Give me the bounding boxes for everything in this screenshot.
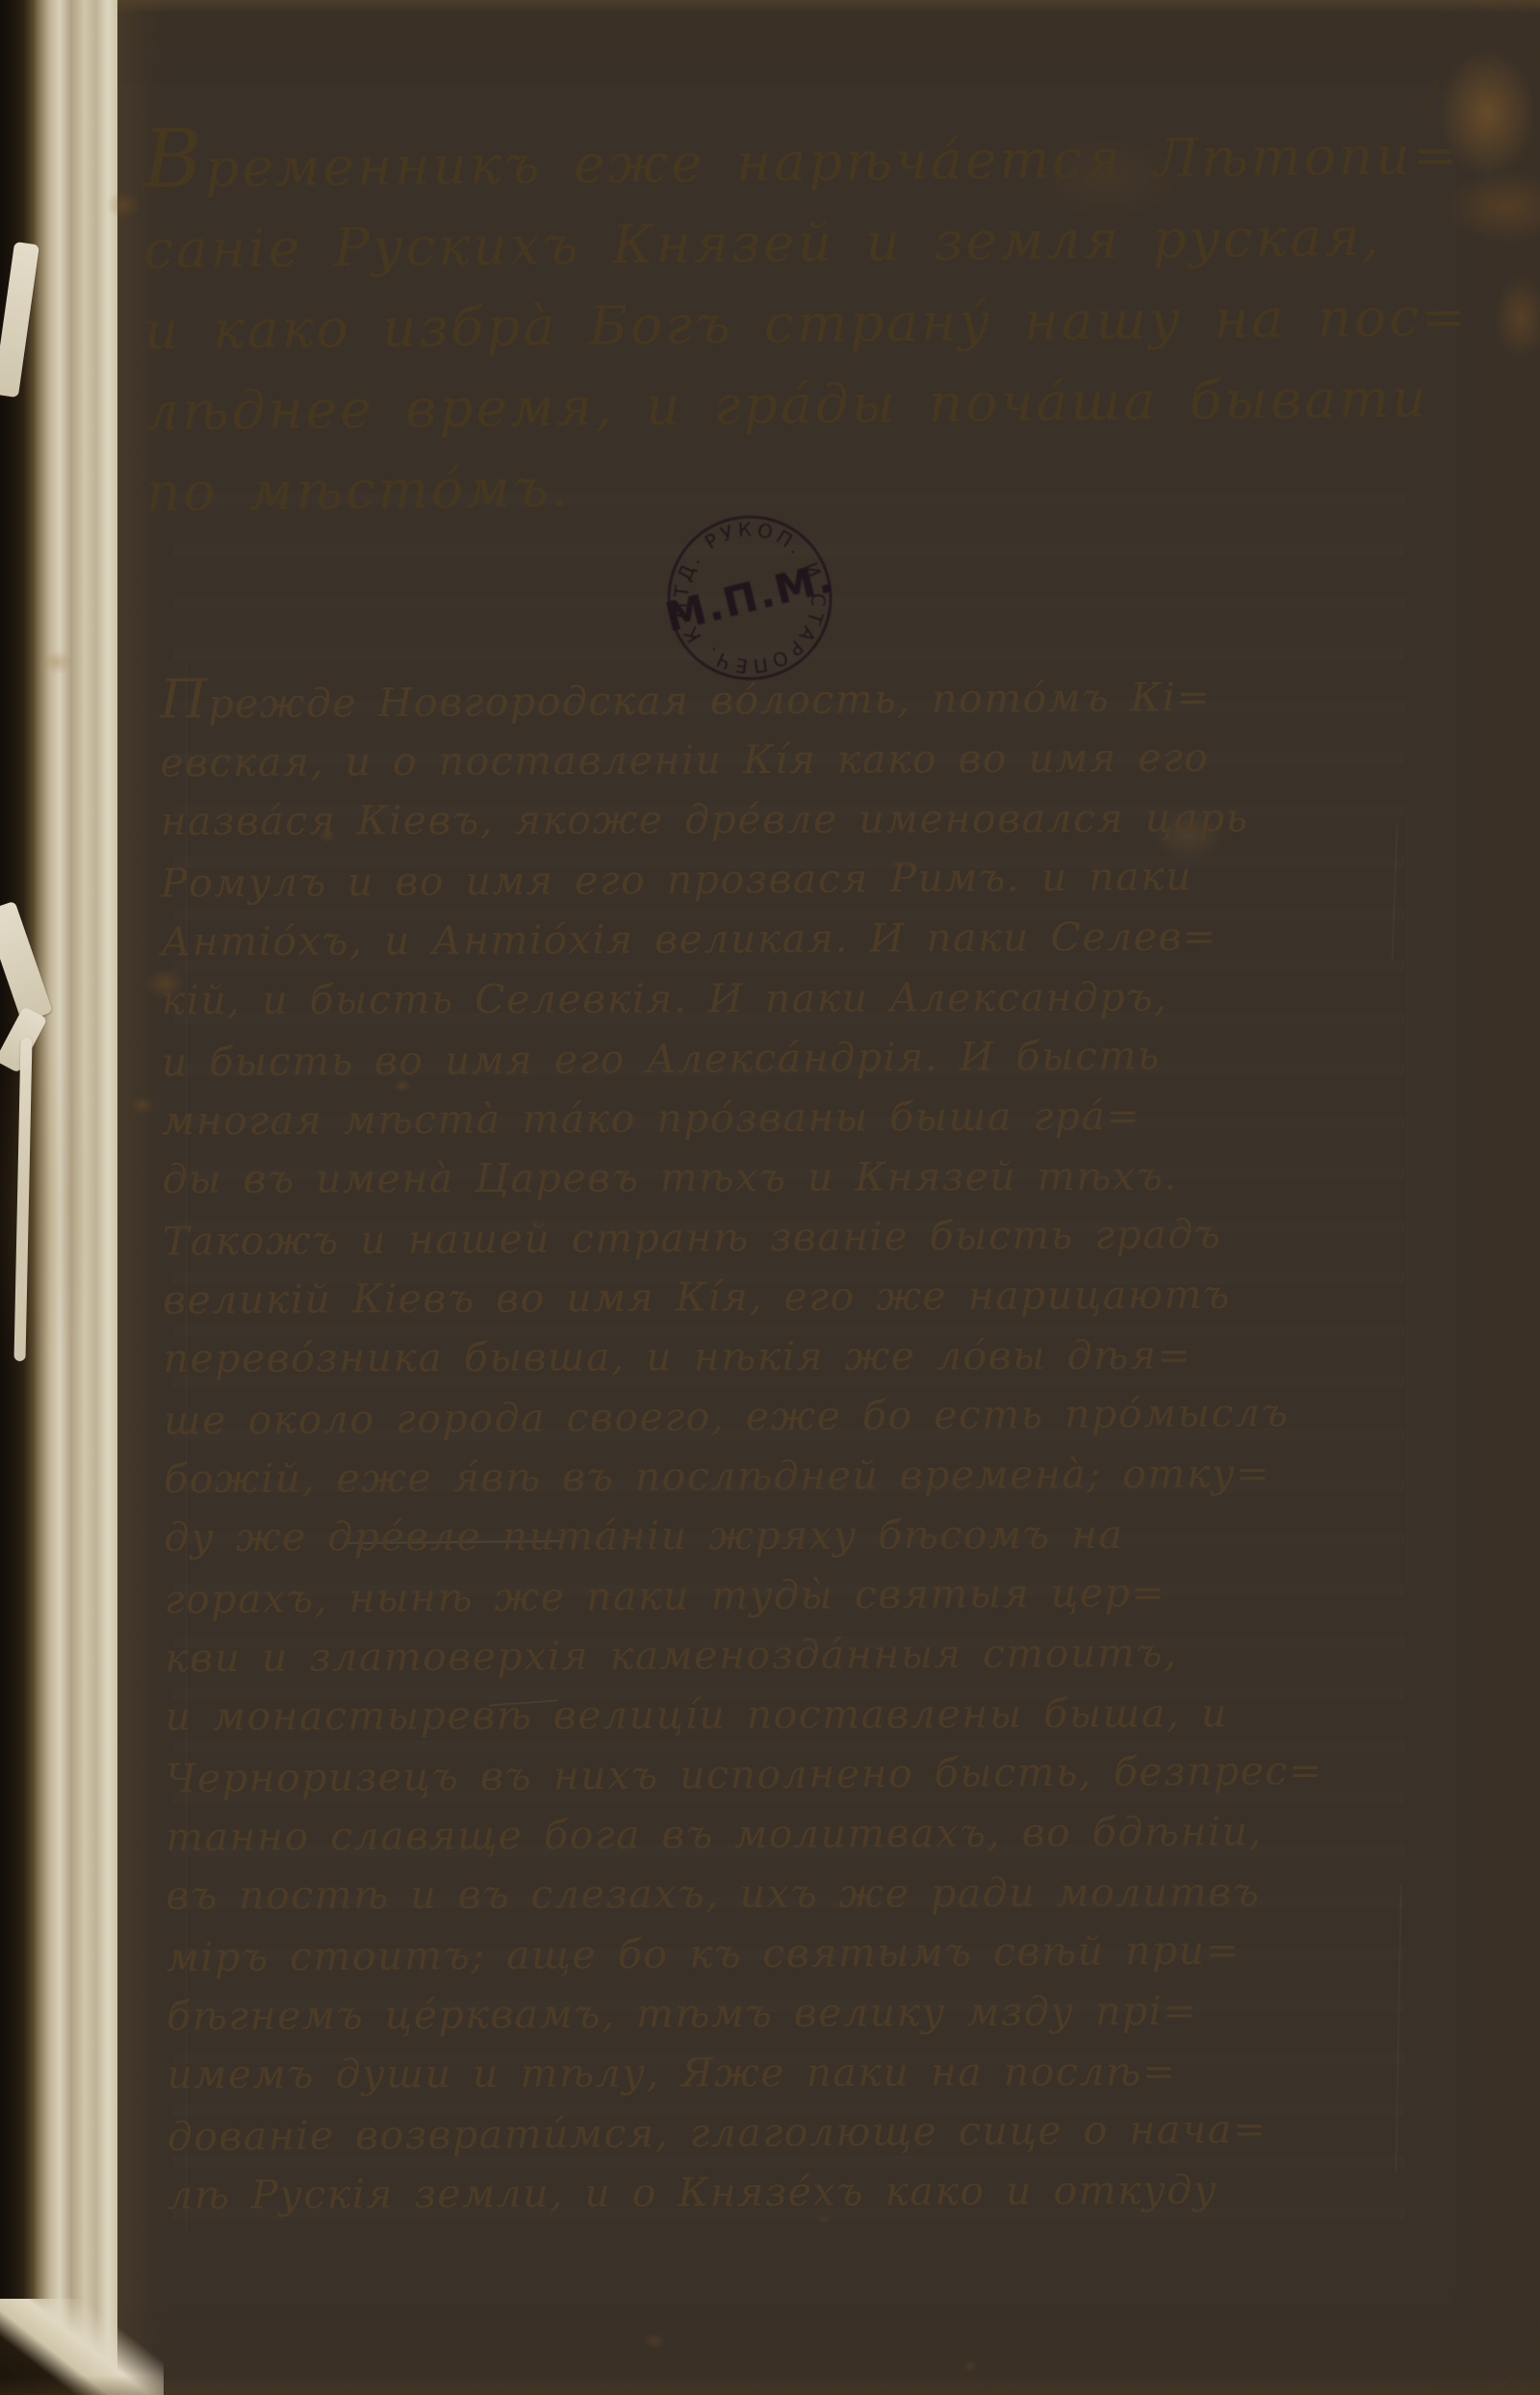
body-text-line: ды въ имена̀ Царевъ тѣхъ и Князей тѣхъ. (162, 1146, 1423, 1209)
body-text-line: горахъ, нынѣ же паки туды̀ святыя цер= (165, 1560, 1425, 1629)
body-text-line: Антіо́хъ, и Антіо́хія великая. И паки Се… (161, 906, 1422, 972)
title-line: лѣднее время, и гра́ды поча́ша бывати (145, 357, 1475, 451)
body-text-line: и бысть во имя его Алекса́ндрія. И бысть (162, 1023, 1423, 1092)
body-text-line: Прежде Новгородская во́лость, пото́мъ Кі… (160, 661, 1421, 734)
body-text-line: лѣ Рускія земли, и о Князе́хъ како и отк… (167, 2159, 1428, 2226)
body-text-line: кви и златоверхія каменозда́нныя стоитъ, (165, 1622, 1425, 1688)
title-line: и како избра̀ Богъ страну́ нашу на пос= (144, 276, 1474, 371)
body-text-line: Черноризецъ въ нихъ исполнено бысть, без… (166, 1739, 1426, 1808)
title-line: саніе Рускихъ Князей и земля руская, (143, 195, 1473, 290)
bottom-left-page-curl (0, 2299, 164, 2395)
body-text-line: дованіе возврати́мся, глаголюще сице о н… (167, 2098, 1428, 2166)
body-text-line: и монастыревѣ велиці́и поставлены быша, … (165, 1683, 1425, 1746)
body-text-line: бѣгнемъ це́рквамъ, тѣмъ велику мзду прі= (167, 1980, 1427, 2047)
body-text-line: божій, еже я́вѣ въ послѣдней времена̀; о… (164, 1443, 1424, 1509)
body-text-line: танно славяще бога въ молитвахъ, во бдѣн… (166, 1801, 1426, 1867)
manuscript-page-scan: 1 Временникъ еже нарѣча́ется Лѣтопи=сані… (0, 0, 1540, 2395)
body-text-line: великій Кіевъ во имя Кі́я, его же нарица… (163, 1264, 1424, 1330)
body-text-line: міръ стоитъ; аще бо къ святымъ свѣй при= (167, 1919, 1427, 1987)
body-text-line: ду же дре́вле пита́ніи жряху бѣсомъ на (164, 1504, 1424, 1567)
body-text-line: евская, и о поставленіи Кі́я како во имя… (160, 727, 1421, 793)
title-line: Временникъ еже нарѣча́ется Лѣтопи= (142, 105, 1472, 209)
title-block: Временникъ еже нарѣча́ется Лѣтопи=саніе … (142, 105, 1475, 532)
body-text-line: ше около города своего, еже бо есть про́… (164, 1381, 1424, 1450)
body-text-line: въ постѣ и въ слезахъ, ихъ же ради молит… (166, 1862, 1426, 1925)
body-text-line: имемъ души и тѣлу, Яже паки на послѣ= (167, 2041, 1427, 2104)
body-text-block: Прежде Новгородская во́лость, пото́мъ Кі… (160, 663, 1428, 2226)
body-text-line: Ромулъ и во имя его прозвася Римъ. и пак… (161, 844, 1422, 913)
body-text-line: Такожъ и нашей странѣ званіе бысть градъ (163, 1202, 1424, 1271)
body-text-line: назва́ся Кіевъ, якоже дре́вле именовался… (161, 787, 1422, 851)
body-text-line: перево́зника бывша, и нѣкія же ло́вы дѣя… (163, 1325, 1424, 1388)
body-text-line: кій, и бысть Селевкія. И паки Александръ… (161, 966, 1422, 1030)
body-text-line: многая мѣста̀ та́ко про́званы быша гра́= (162, 1085, 1423, 1151)
